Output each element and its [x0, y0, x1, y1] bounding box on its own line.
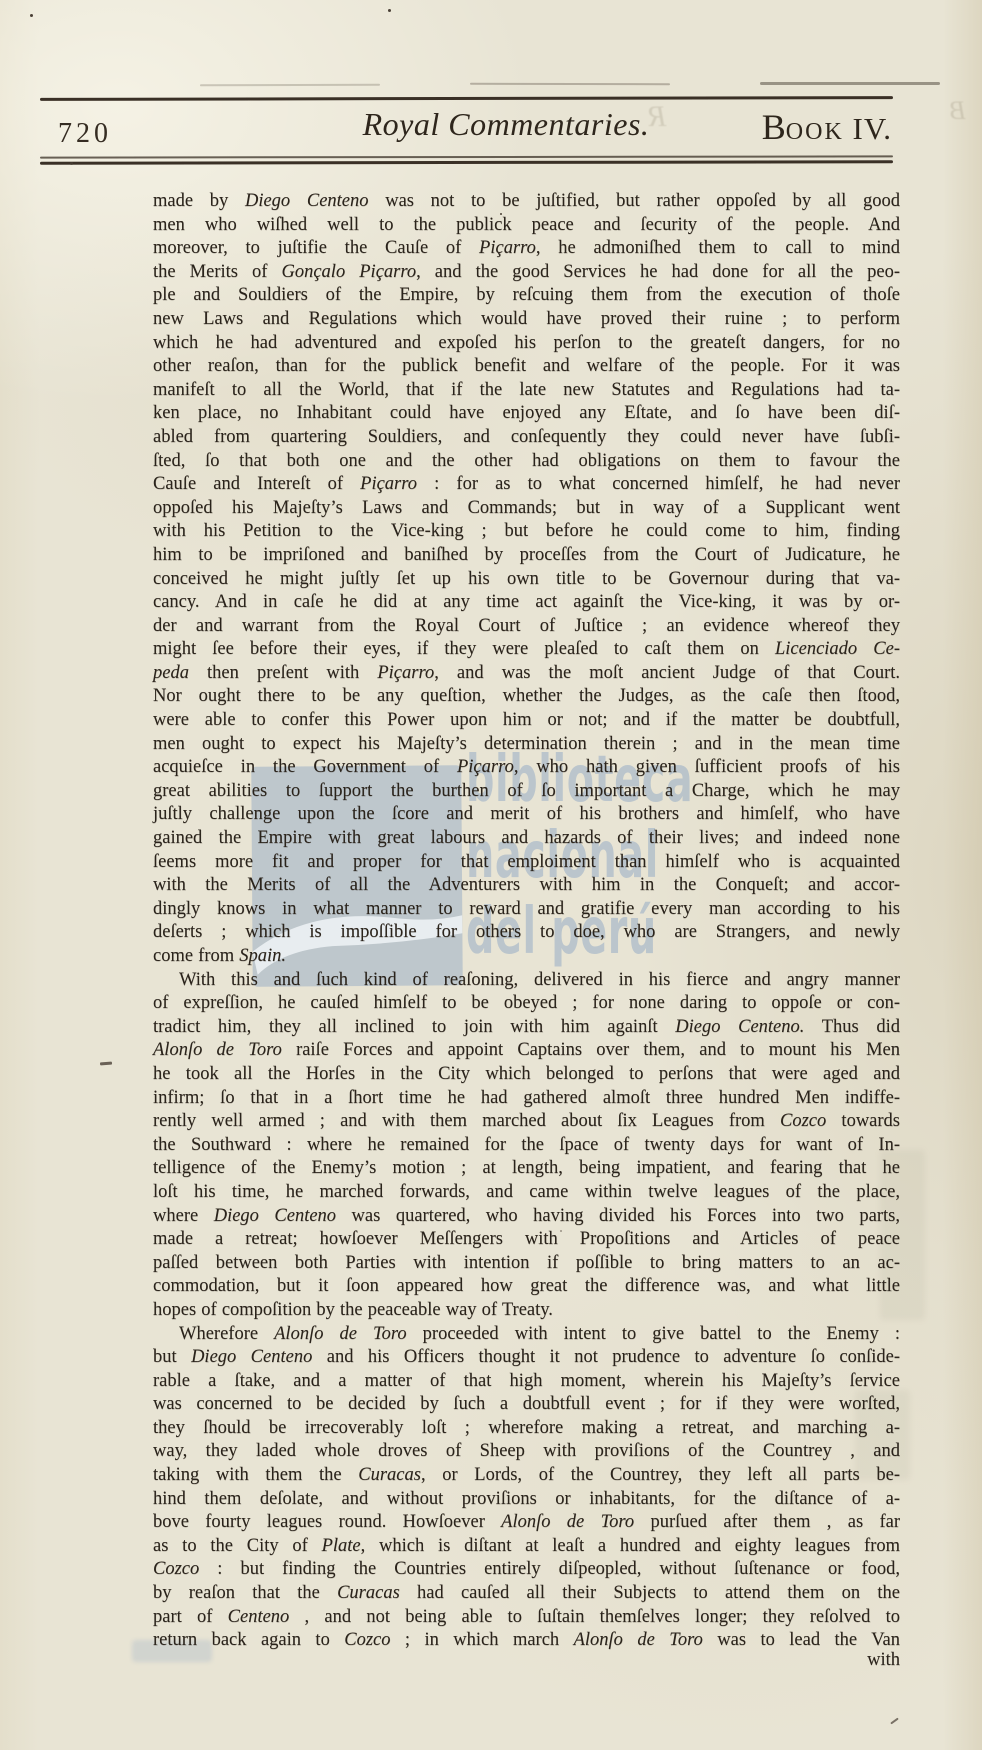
italic-name: Alonſo de Toro [501, 1512, 634, 1532]
text-line: rable a ſtake, and a matter of that high… [153, 1370, 900, 1394]
text-line: infirm; ſo that in a ſhort time he had g… [153, 1087, 900, 1111]
paper-speck [560, 1230, 562, 1232]
text-run: purſued after them , as far [634, 1512, 900, 1532]
header-top-rule [40, 96, 893, 101]
text-run: loſt his time, he marched forwards, and … [153, 1182, 900, 1202]
text-run: might ſee before their eyes, if they wer… [153, 639, 775, 659]
italic-name: Diego Centeno [191, 1347, 312, 1367]
paper-speck [500, 213, 502, 215]
book-label-initial: B [762, 107, 786, 147]
text-run: return back again to [153, 1630, 344, 1650]
italic-name: Diego Centeno [245, 191, 369, 211]
text-run: deſerts ; which is impoſſible for others… [153, 922, 900, 942]
text-run: towards [826, 1111, 900, 1131]
book-label-numeral: IV. [844, 111, 892, 146]
text-line: other reaſon, than for the publick benef… [153, 355, 900, 379]
text-run: was not to be juſtified, but rather oppo… [369, 191, 900, 211]
text-line: he took all the Horſes in the City which… [153, 1063, 900, 1087]
text-run: oppoſed his Majeſty’s Laws and Commands;… [153, 498, 900, 518]
text-line: conceived he might juſtly ſet up his own… [153, 568, 900, 592]
text-run: where [153, 1206, 214, 1226]
italic-name: Cozco [780, 1111, 826, 1131]
italic-name: Piçarro [360, 474, 417, 494]
text-run: rently well armed ; and with them marche… [153, 1111, 780, 1131]
text-run: conceived he might juſtly ſet up his own… [153, 569, 900, 589]
text-line: where Diego Centeno was quartered, who h… [153, 1205, 900, 1229]
paragraph: Wherefore Alonſo de Toro proceeded with … [153, 1323, 900, 1653]
text-line: cancy. And in caſe he did at any time ac… [153, 591, 900, 615]
text-line: der and warrant from the Royal Court of … [153, 615, 900, 639]
text-run: abled from quartering Souldiers, and con… [153, 427, 900, 447]
book-label: Book IV. [762, 106, 892, 148]
text-run: , and was the moſt ancient Judge of that… [434, 663, 900, 683]
paragraph: With this and ſuch kind of reaſoning, de… [153, 969, 900, 1323]
italic-name: Piçarro [457, 757, 514, 777]
book-page: 720 Royal Commentaries. Book IV. R B bib… [0, 0, 982, 1750]
text-line: With this and ſuch kind of reaſoning, de… [153, 969, 900, 993]
text-line: ſeems more fit and proper for that emplo… [153, 851, 900, 875]
text-line: loſt his time, he marched forwards, and … [153, 1181, 900, 1205]
text-run: telligence of the Enemy’s motion ; at le… [153, 1158, 900, 1178]
text-line: return back again to Cozco ; in which ma… [153, 1629, 900, 1653]
paper-speck [388, 9, 391, 12]
text-run: bove fourty leagues round. Howſoever [153, 1512, 501, 1532]
text-line: made by Diego Centeno was not to be juſt… [153, 190, 900, 214]
text-line: hind them deſolate, and without proviſio… [153, 1488, 900, 1512]
text-line: paſſed between both Parties with intenti… [153, 1252, 900, 1276]
text-line: juſtly challenge upon the ſcore and meri… [153, 803, 900, 827]
italic-name: peda [153, 663, 189, 683]
text-line: Cauſe and Intereſt of Piçarro : for as t… [153, 473, 900, 497]
text-line: oppoſed his Majeſty’s Laws and Commands;… [153, 497, 900, 521]
text-line: men who wiſhed well to the publick peace… [153, 214, 900, 238]
text-line: telligence of the Enemy’s motion ; at le… [153, 1157, 900, 1181]
text-run: him to be impriſoned and baniſhed by pro… [153, 545, 900, 565]
paragraph: made by Diego Centeno was not to be juſt… [153, 190, 900, 969]
text-line: great abilities to ſupport the burthen o… [153, 780, 900, 804]
text-run: proceeded with intent to give battel to … [407, 1324, 900, 1344]
text-line: rently well armed ; and with them marche… [153, 1110, 900, 1134]
text-run: ſted, ſo that both one and the other had… [153, 451, 900, 471]
text-run: with his Petition to the Vice-king ; but… [153, 521, 900, 541]
text-run: ple and Souldiers of the Empire, by reſc… [153, 285, 900, 305]
text-run: commodation, but it ſoon appeared how gr… [153, 1276, 900, 1296]
text-line: Wherefore Alonſo de Toro proceeded with … [153, 1323, 900, 1347]
text-line: the Southward : where he remained for th… [153, 1134, 900, 1158]
italic-name: Alonſo de Toro [574, 1630, 703, 1650]
text-line: bove fourty leagues round. Howſoever Alo… [153, 1511, 900, 1535]
header-bottom-rule [40, 160, 893, 164]
text-line: men ought to expect his Majeſty’s determ… [153, 733, 900, 757]
italic-name: Plate [322, 1536, 361, 1556]
text-run: way, they laded whole droves of Sheep wi… [153, 1441, 900, 1461]
text-run: : but finding the Countries entirely diſ… [199, 1559, 900, 1579]
text-line: Cozco : but finding the Countries entire… [153, 1558, 900, 1582]
text-run: had cauſed all their Subjects to attend … [400, 1583, 900, 1603]
text-run: raiſe Forces and appoint Captains over t… [282, 1040, 900, 1060]
text-line: dingly knows in what manner to reward an… [153, 898, 900, 922]
text-run: Nor ought there to be any queſtion, whet… [153, 686, 900, 706]
text-run: but [153, 1347, 191, 1367]
text-line: tradict him, they all inclined to join w… [153, 1016, 900, 1040]
text-run: they ſhould be irrecoverably loſt ; wher… [153, 1418, 900, 1438]
text-line: ken place, no Inhabitant could have enjo… [153, 402, 900, 426]
text-run: the Merits of [153, 262, 281, 282]
text-run: With this and ſuch kind of reaſoning, de… [179, 970, 900, 990]
paper-scratch [890, 1718, 899, 1725]
text-line: they ſhould be irrecoverably loſt ; wher… [153, 1417, 900, 1441]
text-run: acquieſce in the Government of [153, 757, 457, 777]
italic-name: Piçarro [479, 238, 536, 258]
showthrough-ghost: B [950, 96, 966, 126]
text-run: new Laws and Regulations which would hav… [153, 309, 900, 329]
text-run: rable a ſtake, and a matter of that high… [153, 1371, 900, 1391]
italic-name: Diego Centeno. [675, 1017, 804, 1037]
text-run: ken place, no Inhabitant could have enjo… [153, 403, 900, 423]
text-run: Wherefore [179, 1324, 274, 1344]
italic-name: Curacas [358, 1465, 421, 1485]
italic-name: Centeno [228, 1607, 290, 1627]
text-run: der and warrant from the Royal Court of … [153, 616, 900, 636]
text-line: part of Centeno , and not being able to … [153, 1606, 900, 1630]
text-run: , or Lords, of the Countrey, they left a… [421, 1465, 900, 1485]
text-run: cancy. And in caſe he did at any time ac… [153, 592, 900, 612]
header-rule-fragment [760, 82, 940, 85]
catchword: with [867, 1650, 900, 1671]
text-run: ; in which march [391, 1630, 574, 1650]
text-line: acquieſce in the Government of Piçarro, … [153, 756, 900, 780]
text-run: : for as to what concerned himſelf, he h… [417, 474, 900, 494]
text-line: the Merits of Gonçalo Piçarro, and the g… [153, 261, 900, 285]
text-run: hopes of compoſition by the peaceable wa… [153, 1300, 553, 1320]
text-run: Cauſe and Intereſt of [153, 474, 360, 494]
text-line: hopes of compoſition by the peaceable wa… [153, 1299, 900, 1323]
text-line: abled from quartering Souldiers, and con… [153, 426, 900, 450]
text-run: ſeems more fit and proper for that emplo… [153, 852, 900, 872]
text-line: come from Spain. [153, 945, 900, 969]
text-run: Thus did [804, 1017, 900, 1037]
text-run: was quartered, who having divided his Fo… [336, 1206, 900, 1226]
text-run: hind them deſolate, and without proviſio… [153, 1489, 900, 1509]
text-line: taking with them the Curacas, or Lords, … [153, 1464, 900, 1488]
text-line: peda then preſent with Piçarro, and was … [153, 662, 900, 686]
text-run: other reaſon, than for the publick benef… [153, 356, 900, 376]
text-run: manifeſt to all the World, that if the l… [153, 380, 900, 400]
text-run: was concerned to be decided by ſuch a do… [153, 1394, 900, 1414]
text-line: Nor ought there to be any queſtion, whet… [153, 685, 900, 709]
showthrough-ghost: R [648, 100, 666, 134]
italic-name: Spain. [239, 946, 286, 966]
text-run: made a retreat; howſoever Meſſengers wit… [153, 1229, 900, 1249]
text-run: moreover, to juſtifie the Cauſe of [153, 238, 479, 258]
text-line: ple and Souldiers of the Empire, by reſc… [153, 284, 900, 308]
text-run: made by [153, 191, 245, 211]
text-line: new Laws and Regulations which would hav… [153, 308, 900, 332]
text-run: , who hath given ſufficient proofs of hi… [514, 757, 900, 777]
text-line: manifeſt to all the World, that if the l… [153, 379, 900, 403]
book-label-smallcaps: ook [786, 119, 844, 145]
text-run: with the Merits of all the Adventurers w… [153, 875, 900, 895]
text-run: tradict him, they all inclined to join w… [153, 1017, 675, 1037]
header-rule-fragment [470, 83, 670, 86]
paper-speck [70, 162, 73, 165]
text-line: might ſee before their eyes, if they wer… [153, 638, 900, 662]
text-run: men who wiſhed well to the publick peace… [153, 215, 900, 235]
text-line: deſerts ; which is impoſſible for others… [153, 921, 900, 945]
text-line: him to be impriſoned and baniſhed by pro… [153, 544, 900, 568]
italic-name: Alonſo de Toro [274, 1324, 407, 1344]
text-run: of expreſſion, he cauſed himſelf to be o… [153, 993, 900, 1013]
text-run: were able to confer this Power upon him … [153, 710, 900, 730]
text-line: with his Petition to the Vice-king ; but… [153, 520, 900, 544]
page-number: 720 [58, 118, 112, 150]
text-line: with the Merits of all the Adventurers w… [153, 874, 900, 898]
body-text: made by Diego Centeno was not to be juſt… [153, 190, 900, 1653]
text-run: which he had adventured and expoſed his … [153, 333, 900, 353]
text-run: was to lead the Van [703, 1630, 900, 1650]
text-run: then preſent with [189, 663, 377, 683]
text-run: paſſed between both Parties with intenti… [153, 1253, 900, 1273]
text-line: which he had adventured and expoſed his … [153, 332, 900, 356]
text-run: as to the City of [153, 1536, 322, 1556]
italic-name: Cozco [153, 1559, 199, 1579]
text-line: of expreſſion, he cauſed himſelf to be o… [153, 992, 900, 1016]
text-run: , which is diſtant at leaſt a hundred an… [361, 1536, 900, 1556]
text-line: commodation, but it ſoon appeared how gr… [153, 1275, 900, 1299]
text-line: as to the City of Plate, which is diſtan… [153, 1535, 900, 1559]
text-run: infirm; ſo that in a ſhort time he had g… [153, 1088, 900, 1108]
text-run: taking with them the [153, 1465, 358, 1485]
italic-name: Curacas [337, 1583, 400, 1603]
text-run: men ought to expect his Majeſty’s determ… [153, 734, 900, 754]
text-run: , and not being able to ſuſtain themſelv… [289, 1607, 900, 1627]
text-line: made a retreat; howſoever Meſſengers wit… [153, 1228, 900, 1252]
text-run: by reaſon that the [153, 1583, 337, 1603]
italic-name: Piçarro [377, 663, 434, 683]
text-line: were able to confer this Power upon him … [153, 709, 900, 733]
text-run: he took all the Horſes in the City which… [153, 1064, 900, 1084]
italic-name: Gonçalo Piçarro [281, 262, 416, 282]
text-run: part of [153, 1607, 228, 1627]
text-line: way, they laded whole droves of Sheep wi… [153, 1440, 900, 1464]
text-line: ſted, ſo that both one and the other had… [153, 450, 900, 474]
paper-speck [30, 14, 33, 17]
header-rule-fragment [200, 84, 380, 87]
text-line: Alonſo de Toro raiſe Forces and appoint … [153, 1039, 900, 1063]
text-line: by reaſon that the Curacas had cauſed al… [153, 1582, 900, 1606]
margin-mark [100, 1062, 112, 1065]
text-run: , he admoniſhed them to call to mind [536, 238, 900, 258]
text-line: moreover, to juſtifie the Cauſe of Piçar… [153, 237, 900, 261]
text-run: dingly knows in what manner to reward an… [153, 899, 900, 919]
header-bottom-rule-thin [40, 155, 893, 158]
text-run: the Southward : where he remained for th… [153, 1135, 900, 1155]
text-run: , and the good Services he had done for … [416, 262, 900, 282]
italic-name: Diego Centeno [214, 1206, 336, 1226]
italic-name: Alonſo de Toro [153, 1040, 282, 1060]
text-run: come from [153, 946, 239, 966]
text-line: but Diego Centeno and his Officers thoug… [153, 1346, 900, 1370]
text-line: was concerned to be decided by ſuch a do… [153, 1393, 900, 1417]
italic-name: Licenciado Ce- [775, 639, 900, 659]
text-run: and his Officers thought it not prudence… [312, 1347, 900, 1367]
text-line: gained the Empire with great labours and… [153, 827, 900, 851]
italic-name: Cozco [344, 1630, 390, 1650]
text-run: gained the Empire with great labours and… [153, 828, 900, 848]
text-run: great abilities to ſupport the burthen o… [153, 781, 900, 801]
text-run: juſtly challenge upon the ſcore and meri… [153, 804, 900, 824]
